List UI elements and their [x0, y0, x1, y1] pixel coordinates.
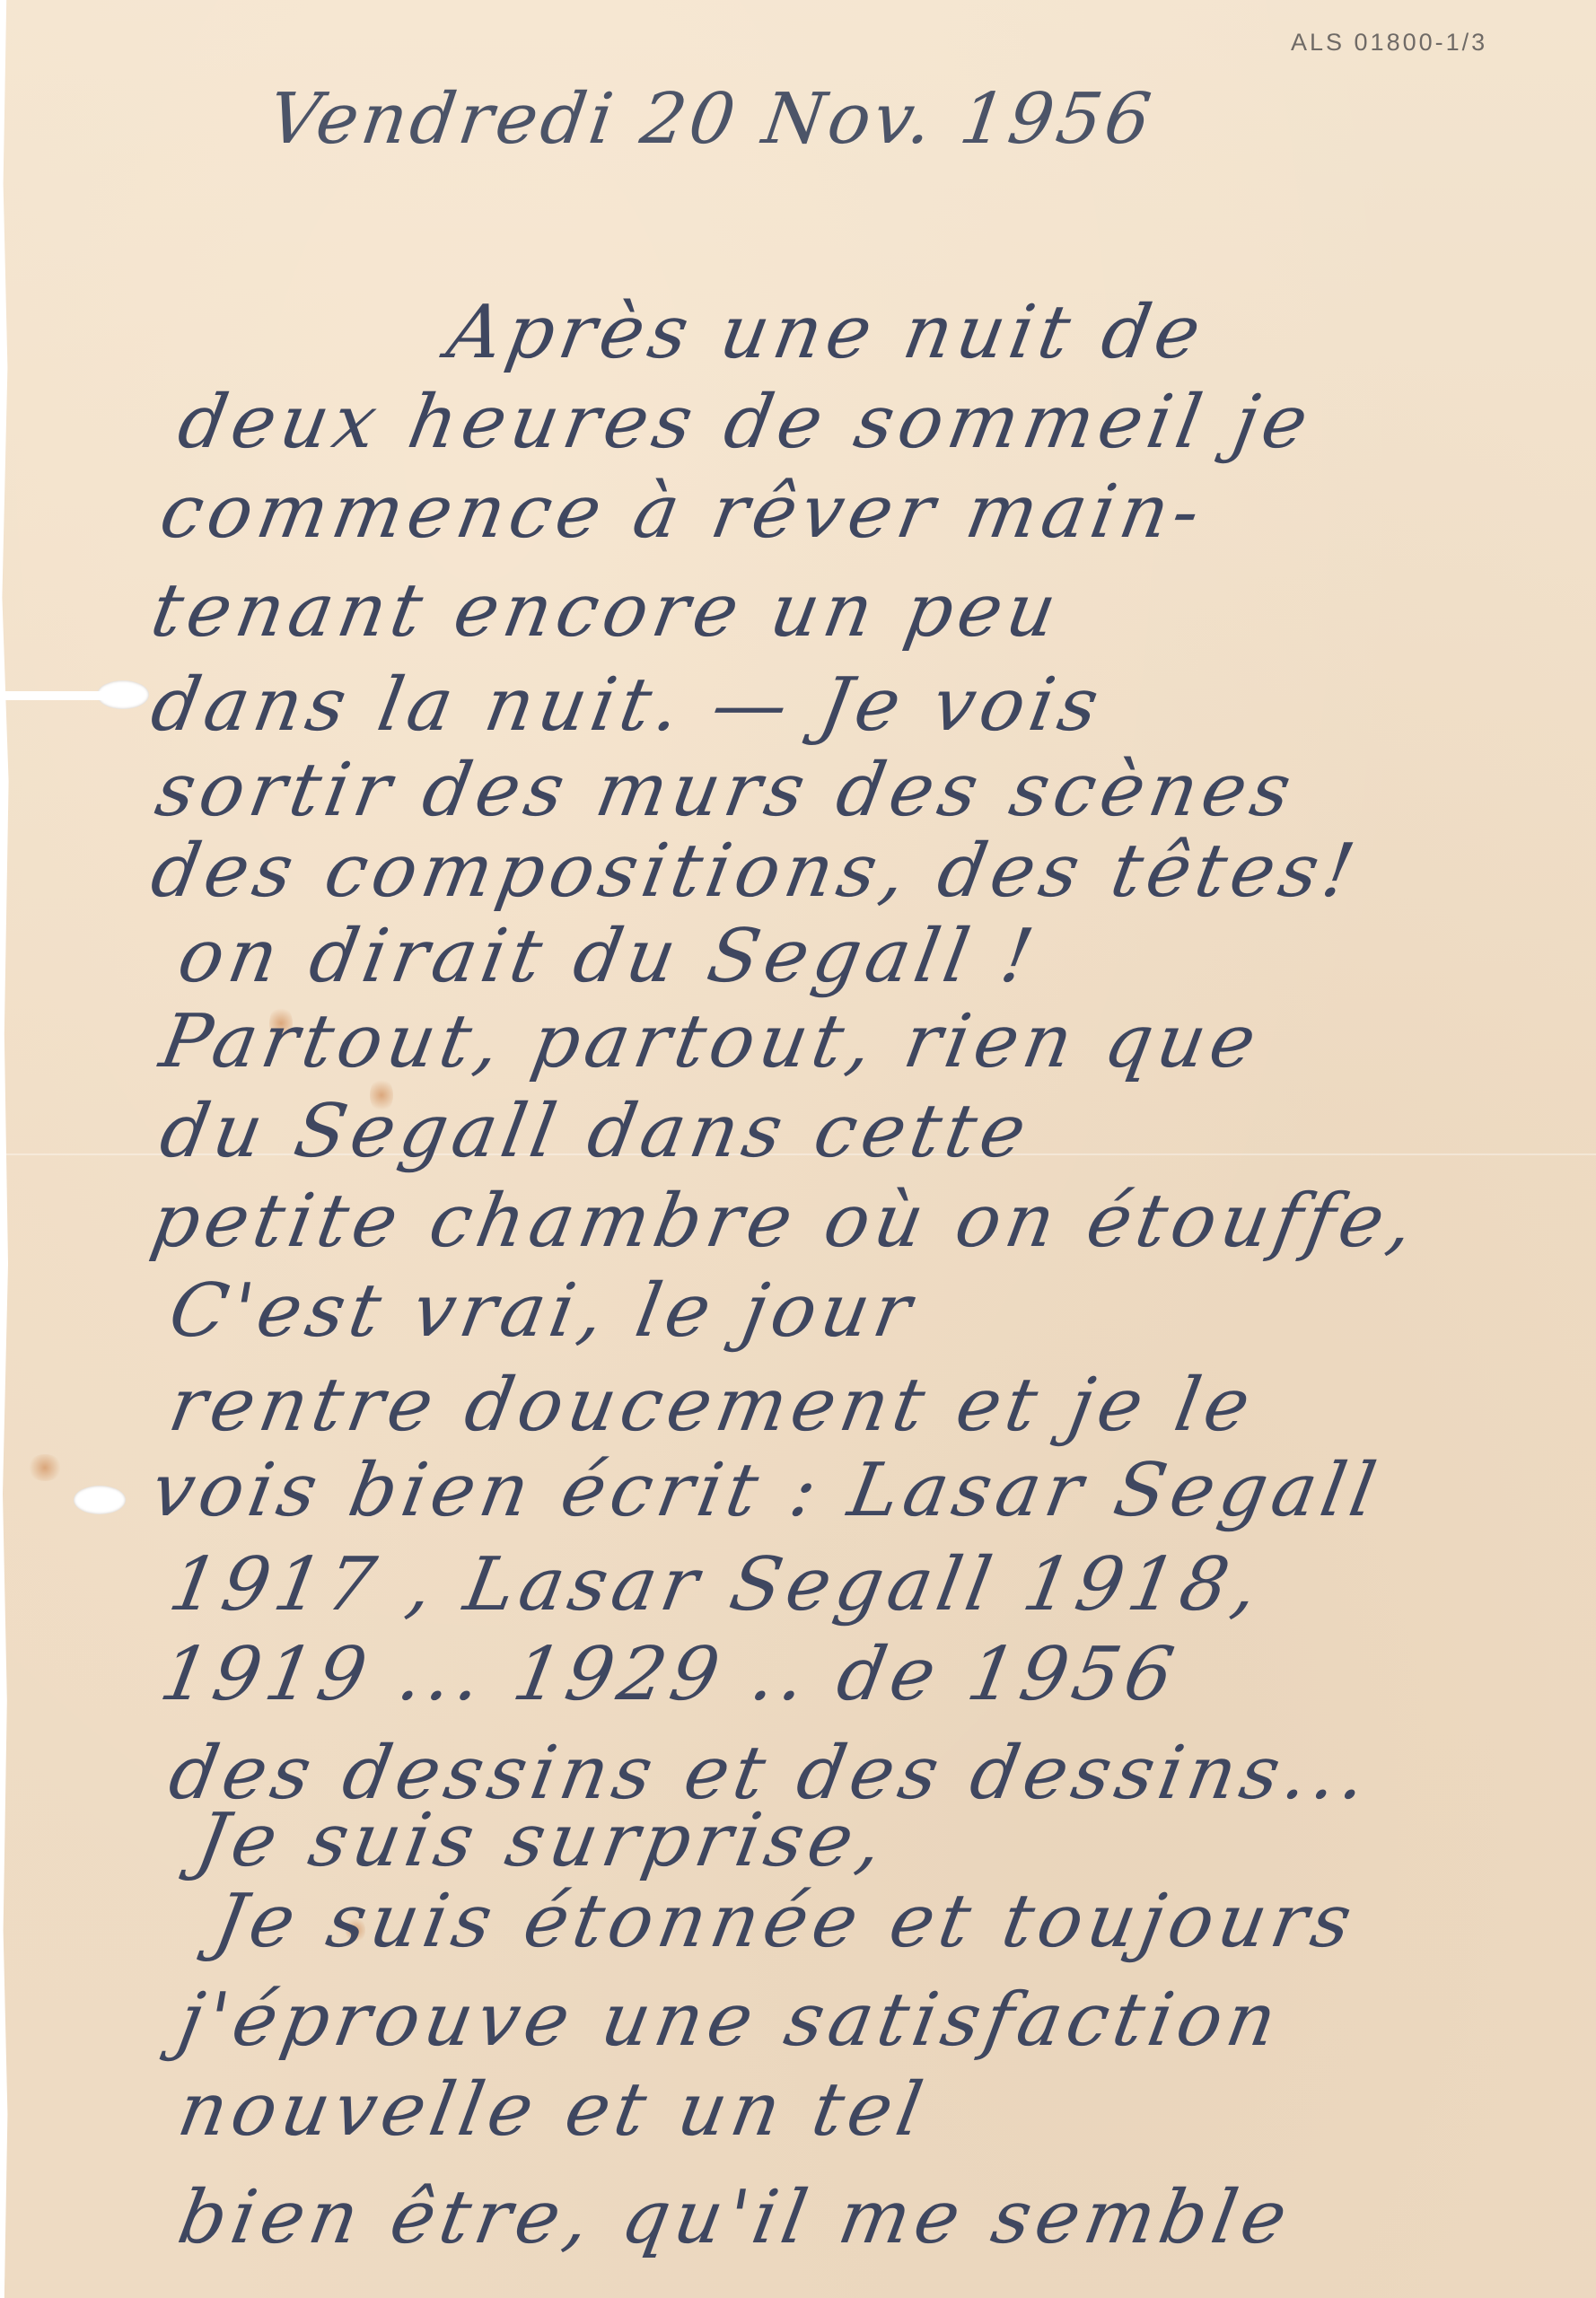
letter-line: Partout, partout, rien que	[155, 1005, 1267, 1079]
letter-line: nouvelle et un tel	[173, 2074, 933, 2147]
letter-line: du Segall dans cette	[155, 1095, 1037, 1169]
letter-line: des compositions, des têtes!	[146, 835, 1365, 908]
letter-line: commence à rêver main-	[155, 476, 1210, 549]
letter-line: dans la nuit. — Je vois	[146, 669, 1109, 742]
letter-line: 1919 ... 1929 .. de 1956	[155, 1638, 1184, 1712]
archive-reference: ALS 01800-1/3	[1291, 29, 1487, 57]
letter-line: Après une nuit de	[443, 296, 1211, 370]
letter-line: deux heures de sommeil je	[173, 386, 1319, 460]
letter-line: tenant encore un peu	[146, 574, 1066, 648]
letter-line: rentre doucement et je le	[164, 1369, 1260, 1443]
letter-line: j'éprouve une satisfaction	[173, 1984, 1287, 2057]
letter-line: petite chambre où on étouffe,	[146, 1185, 1424, 1259]
letter-line: 1917 , Lasar Segall 1918,	[164, 1548, 1268, 1622]
letter-line: on dirait du Segall !	[173, 920, 1044, 994]
letter-line: Je suis surprise,	[191, 1804, 893, 1878]
letter-line: bien être, qu'il me semble	[173, 2181, 1297, 2255]
letter-line: sortir des murs des scènes	[151, 754, 1302, 828]
punch-hole-bottom	[74, 1486, 126, 1514]
letter-line: Je suis étonnée et toujours	[209, 1885, 1362, 1959]
letter-page: ALS 01800-1/3 Vendredi 20 Nov. 1956 Aprè…	[0, 0, 1596, 2298]
letter-line: vois bien écrit : Lasar Segall	[146, 1454, 1386, 1528]
letter-line: C'est vrai, le jour	[164, 1275, 922, 1348]
rust-stain	[27, 1454, 63, 1481]
letter-date: Vendredi 20 Nov. 1956	[264, 79, 1159, 160]
punch-hole-top	[97, 680, 149, 709]
torn-left-edge	[0, 0, 11, 2298]
